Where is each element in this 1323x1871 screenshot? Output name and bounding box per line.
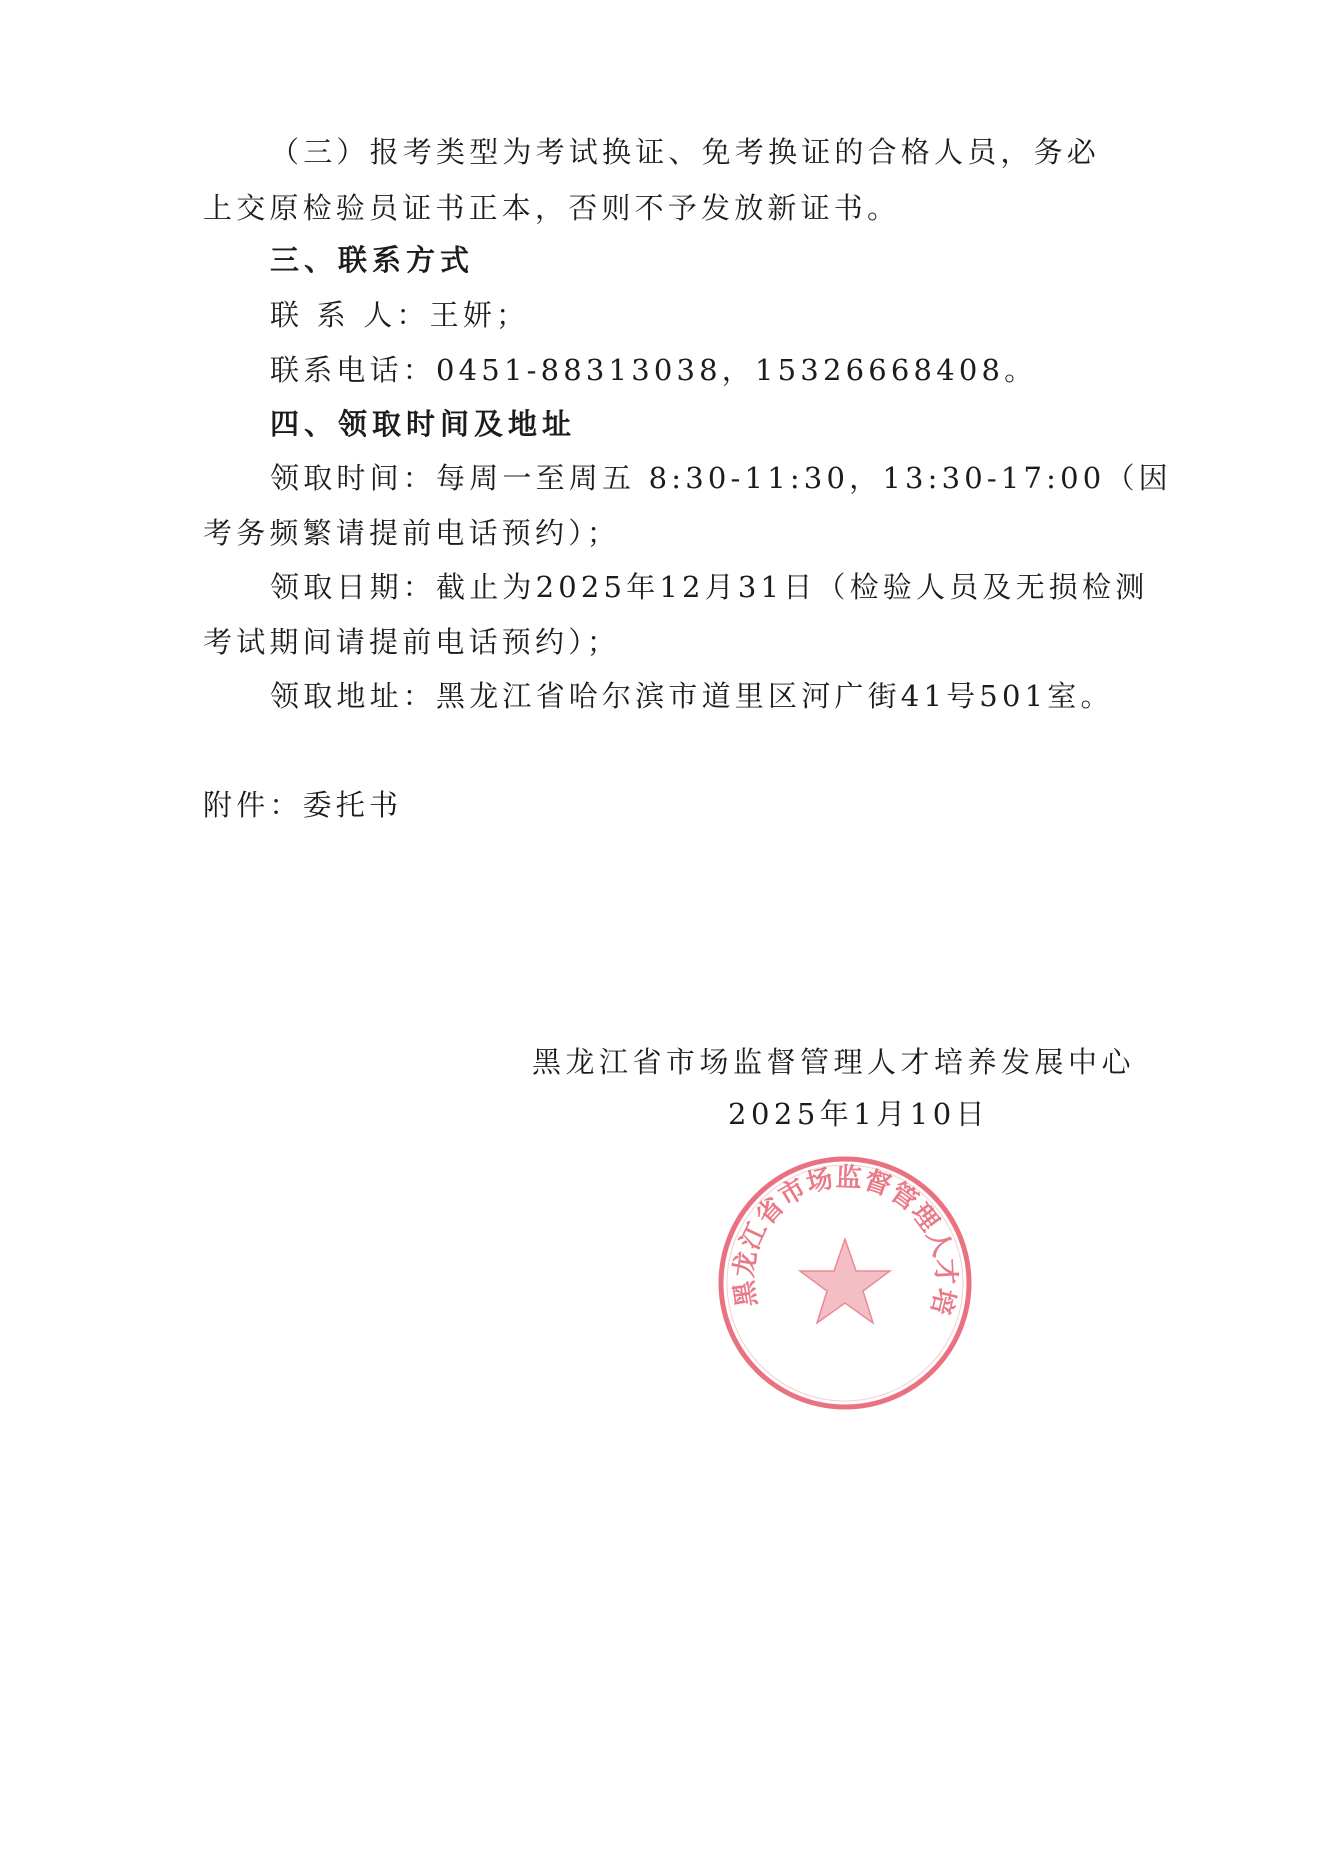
pickup-time-line: 考务频繁请提前电话预约）； [203, 513, 1103, 553]
official-seal-icon: 黑龙江省市场监督管理人才培养发展中心 [717, 1155, 973, 1411]
contact-person: 联 系 人：王妍； [270, 295, 1170, 335]
paragraph-line: 上交原检验员证书正本，否则不予发放新证书。 [203, 188, 1103, 228]
pickup-date-line: 领取日期：截止为2025年12月31日（检验人员及无损检测 [270, 567, 1170, 607]
pickup-date-line: 考试期间请提前电话预约）； [203, 622, 1103, 662]
signature-organization: 黑龙江省市场监督管理人才培养发展中心 [532, 1042, 1135, 1082]
document-page: （三）报考类型为考试换证、免考换证的合格人员，务必 上交原检验员证书正本，否则不… [0, 0, 1323, 1871]
section-heading-pickup: 四、领取时间及地址 [270, 404, 1170, 444]
contact-phone: 联系电话：0451-88313038，15326668408。 [270, 350, 1170, 390]
pickup-time-line: 领取时间：每周一至周五 8:30-11:30，13:30-17:00（因 [270, 458, 1170, 498]
signature-date: 2025年1月10日 [728, 1094, 989, 1134]
section-heading-contact: 三、联系方式 [270, 240, 1170, 280]
paragraph-line: （三）报考类型为考试换证、免考换证的合格人员，务必 [270, 132, 1170, 172]
pickup-address: 领取地址：黑龙江省哈尔滨市道里区河广街41号501室。 [270, 676, 1170, 716]
attachment-label: 附件：委托书 [203, 785, 1103, 825]
